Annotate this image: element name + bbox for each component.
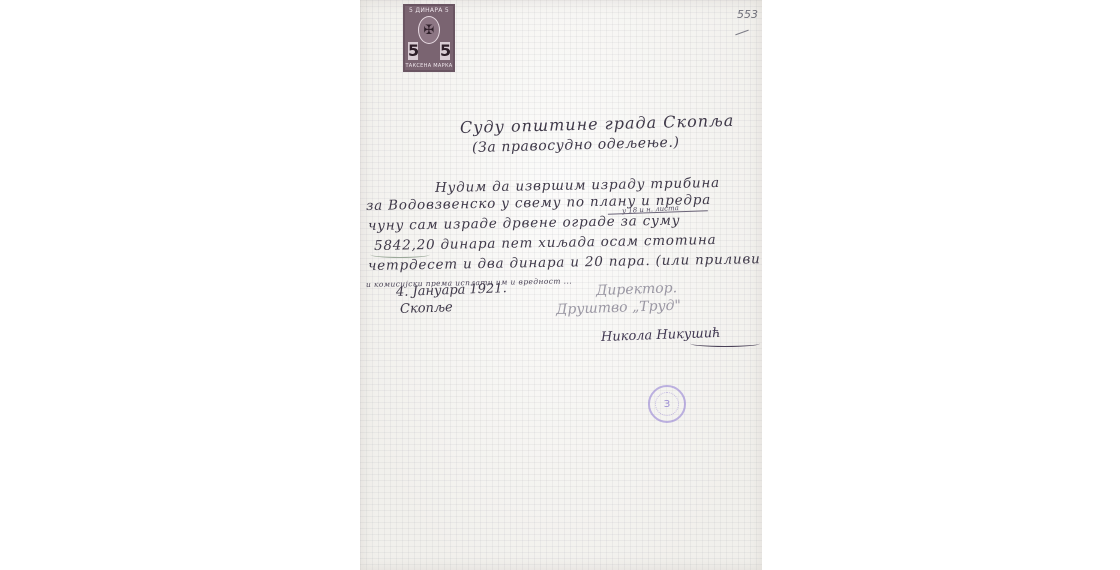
signatory-company: Друштво „Труд"	[556, 298, 681, 318]
document-date: 4. Јануара 1921.	[396, 281, 507, 300]
signature-flourish	[690, 340, 760, 347]
folio-number: 553	[737, 8, 758, 21]
address-line-2: (За правосудно одељење.)	[472, 135, 680, 156]
stamp-top-text: 5 ДИНАРА 5	[405, 7, 453, 14]
document-place: Скопље	[400, 300, 453, 317]
seal-center-text: З	[664, 399, 670, 410]
signatory-title: Директор.	[596, 280, 678, 299]
document-page: 5 ДИНАРА 5 ✠ 5 5 ТАКСЕНА МАРКА 553 Суду …	[360, 0, 762, 570]
coat-of-arms-icon: ✠	[418, 16, 440, 44]
official-seal: З	[648, 385, 686, 423]
stamp-value-right: 5	[440, 42, 450, 60]
stamp-bottom-text: ТАКСЕНА МАРКА	[405, 63, 453, 69]
stamp-value-left: 5	[408, 42, 418, 60]
body-line-3: чуну сам израде дрвене ограде за суму	[368, 213, 681, 234]
address-line-1: Суду општине града Скопља	[460, 111, 735, 137]
revenue-stamp: 5 ДИНАРА 5 ✠ 5 5 ТАКСЕНА МАРКА	[403, 4, 455, 72]
folio-mark	[735, 30, 748, 36]
